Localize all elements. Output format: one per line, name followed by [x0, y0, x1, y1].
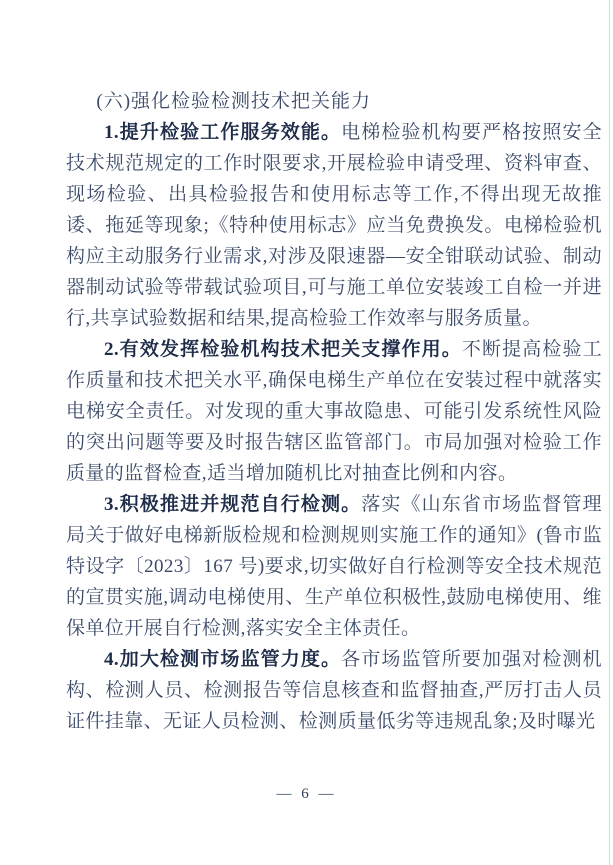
paragraph: 3.积极推进并规范自行检测。落实《山东省市场监督管理局关于做好电梯新版检规和检测… — [66, 489, 602, 644]
paragraph: 4.加大检测市场监管力度。各市场监管所要加强对检测机构、检测人员、检测报告等信息… — [66, 644, 602, 737]
paragraph: 2.有效发挥检验机构技术把关支撑作用。不断提高检验工作质量和技术把关水平,确保电… — [66, 334, 602, 489]
paragraph-lead: 2.有效发挥检验机构技术把关支撑作用。 — [104, 339, 462, 360]
paragraph-lead: 1.提升检验工作服务效能。 — [104, 122, 341, 143]
paragraph-text: 电梯检验机构要严格按照安全技术规范规定的工作时限要求,开展检验申请受理、资料审查… — [66, 122, 602, 329]
paragraph: 1.提升检验工作服务效能。电梯检验机构要严格按照安全技术规范规定的工作时限要求,… — [66, 117, 602, 334]
document-page: (六)强化检验检测技术把关能力 1.提升检验工作服务效能。电梯检验机构要严格按照… — [0, 0, 613, 865]
paragraph-lead: 4.加大检测市场监管力度。 — [104, 649, 341, 670]
paragraph-text: 落实《山东省市场监督管理局关于做好电梯新版检规和检测规则实施工作的通知》(鲁市监… — [66, 494, 602, 639]
scan-edge-line — [609, 0, 610, 865]
document-body: (六)强化检验检测技术把关能力 1.提升检验工作服务效能。电梯检验机构要严格按照… — [66, 86, 602, 737]
page-number: — 6 — — [0, 786, 613, 803]
section-heading: (六)强化检验检测技术把关能力 — [66, 86, 602, 117]
paragraph-text: 不断提高检验工作质量和技术把关水平,确保电梯生产单位在安装过程中就落实电梯安全责… — [66, 339, 602, 484]
paragraph-lead: 3.积极推进并规范自行检测。 — [104, 494, 361, 515]
